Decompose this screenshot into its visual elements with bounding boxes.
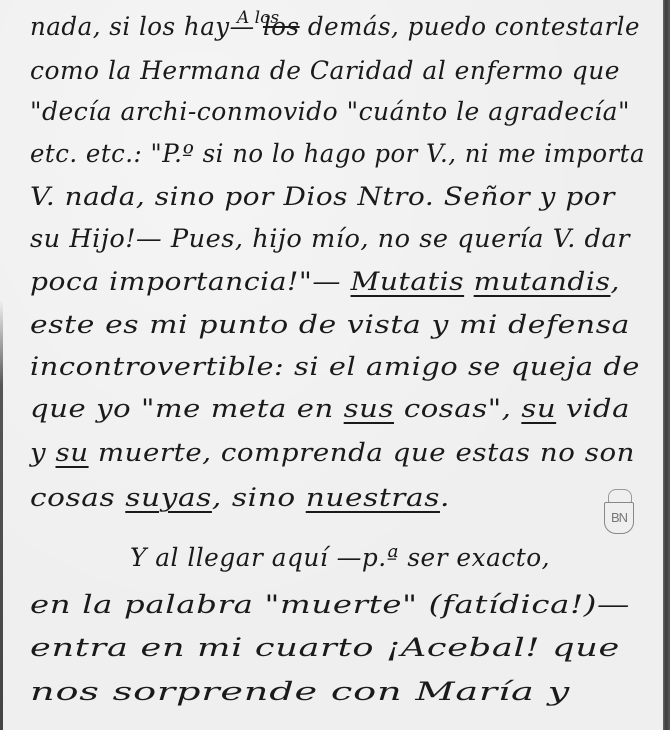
text-fragment: cosas",: [394, 394, 521, 423]
text-line: en la palabra "muerte" (fatídica!)—: [30, 590, 630, 619]
text-fragment: en la palabra "muerte" (fatídica!)—: [30, 590, 630, 619]
text-line: su Hijo!— Pues, hijo mío, no se quería V…: [30, 224, 630, 253]
text-line: que yo "me meta en sus cosas", su vida: [30, 394, 630, 423]
text-fragment: y: [30, 438, 56, 467]
text-fragment: etc. etc.: "P.º si no lo hago por V., ni…: [30, 139, 645, 168]
text-fragment: vida: [556, 394, 630, 423]
text-fragment: cosas: [30, 483, 125, 512]
text-fragment: que yo "me meta en: [30, 394, 344, 423]
text-fragment: este es mi punto de vista y mi defensa: [30, 310, 630, 339]
text-fragment: [464, 267, 474, 296]
page-edge-right: [663, 0, 670, 730]
text-line: incontrovertible: si el amigo se queja d…: [30, 352, 640, 381]
text-fragment: poca importancia!"—: [30, 267, 351, 296]
underlined-word: su: [521, 394, 556, 423]
crown-icon: [608, 489, 632, 503]
text-line: y su muerte, comprenda que estas no son: [30, 438, 635, 467]
underlined-word: sus: [344, 394, 394, 423]
text-line: "decía archi-conmovido "cuánto le agrade…: [30, 97, 630, 126]
text-fragment: Y al llegar aquí —p.ª ser exacto,: [130, 543, 550, 572]
text-line: entra en mi cuarto ¡Acebal! que: [30, 633, 620, 662]
text-fragment: , sino: [212, 483, 306, 512]
text-fragment: nada, si los hay—: [30, 12, 263, 41]
text-fragment: incontrovertible: si el amigo se queja d…: [30, 352, 640, 381]
text-fragment: .: [440, 483, 450, 512]
library-stamp: BN: [604, 489, 634, 537]
text-fragment: muerte, comprenda que estas no son: [89, 438, 635, 467]
text-line: Y al llegar aquí —p.ª ser exacto,: [130, 543, 550, 572]
text-fragment: ,: [610, 267, 620, 296]
text-line: nada, si los hay— los demás, puedo conte…: [30, 12, 640, 41]
text-line: este es mi punto de vista y mi defensa: [30, 310, 630, 339]
underlined-word: su: [56, 438, 89, 467]
text-line: nos sorprende con María y: [30, 677, 570, 706]
underlined-word: suyas: [125, 483, 212, 512]
underlined-word: Mutatis: [351, 267, 465, 296]
underlined-word: nuestras: [306, 483, 440, 512]
text-fragment: como la Hermana de Caridad al enfermo qu…: [30, 56, 620, 85]
text-line: etc. etc.: "P.º si no lo hago por V., ni…: [30, 139, 645, 168]
text-line: V. nada, sino por Dios Ntro. Señor y por: [30, 182, 615, 211]
text-fragment: su Hijo!— Pues, hijo mío, no se quería V…: [30, 224, 630, 253]
text-fragment: nos sorprende con María y: [30, 677, 570, 706]
struck-word: los: [263, 12, 300, 41]
text-fragment: entra en mi cuarto ¡Acebal! que: [30, 633, 620, 662]
text-fragment: "decía archi-conmovido "cuánto le agrade…: [30, 97, 630, 126]
stamp-label: BN: [604, 502, 634, 534]
text-line: como la Hermana de Caridad al enfermo qu…: [30, 56, 620, 85]
text-fragment: demás, puedo contestarle: [300, 12, 640, 41]
page-edge-left: [0, 300, 3, 730]
text-fragment: V. nada, sino por Dios Ntro. Señor y por: [30, 182, 615, 211]
text-line: cosas suyas, sino nuestras.: [30, 483, 450, 512]
text-line: poca importancia!"— Mutatis mutandis,: [30, 267, 620, 296]
underlined-word: mutandis: [474, 267, 611, 296]
manuscript-page: A los nada, si los hay— los demás, puedo…: [0, 0, 670, 730]
